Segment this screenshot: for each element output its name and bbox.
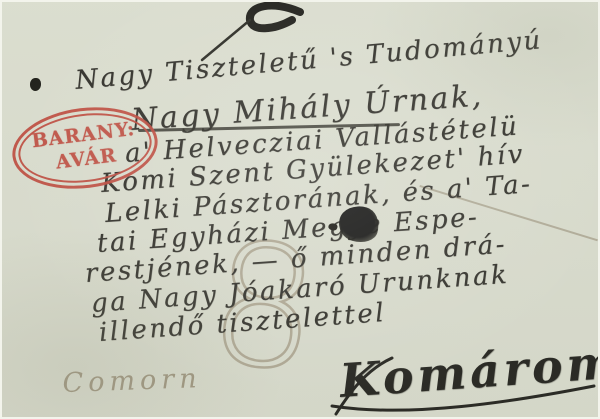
letter-cover-scan: BARANY: AVÁR Nagy Tiszteletű 's Tudomány… xyxy=(0,0,600,419)
pencil-placename: Comorn xyxy=(62,363,202,399)
ink-spot xyxy=(30,78,41,91)
ink-flourish xyxy=(192,2,342,66)
signature-flourish xyxy=(320,350,600,419)
